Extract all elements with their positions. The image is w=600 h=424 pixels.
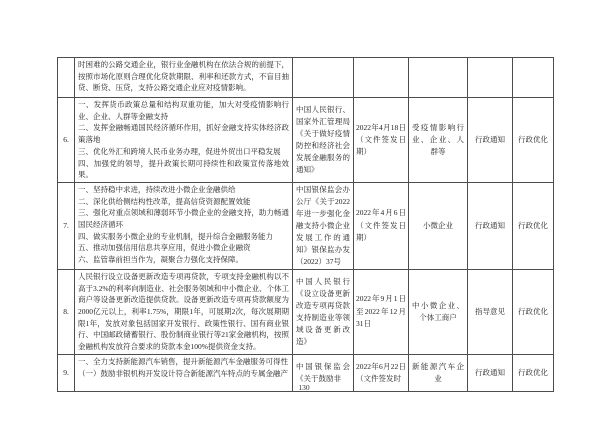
policy-table: 时困难的公路交通企业，银行业金融机构在依法合规的前提下，按照市场化原则合理优化贷… <box>57 57 554 392</box>
row-number: 8. <box>58 269 75 354</box>
table-row: 时困难的公路交通企业，银行业金融机构在依法合规的前提下，按照市场化原则合理优化贷… <box>58 58 554 98</box>
page-number: 130 <box>0 383 600 392</box>
policy-paragraph: 人民银行设立设备更新改造专项再贷款，专项支持金融机构以不高于3.2%的利率向制造… <box>78 271 289 353</box>
target-group: 小微企业 <box>409 182 468 269</box>
date: 2022年9月1日至2022年12月31日 <box>354 269 409 354</box>
policy-paragraph: 二、发挥金融畅通国民经济循环作用，抓好金融支持实体经济政策落地 <box>78 122 289 145</box>
target-group <box>409 58 468 98</box>
target-group: 受疫情影响行业、企业、人群等 <box>409 98 468 183</box>
issuing-document: 中国银保监会办公厅《关于2022年进一步强化金融支持小微企业发展工作的通知》银保… <box>293 182 354 269</box>
policy-paragraph: 三、强化对重点领域和薄弱环节小微企业的金融支持，助力畅通国民经济循环 <box>78 207 289 230</box>
category: 行政优化 <box>513 269 554 354</box>
policy-paragraph: 五、推动加强信用信息共享应用，促进小微企业融资 <box>78 242 289 254</box>
policy-paragraph: 二、深化供给侧结构性改革，提高信贷资源配置效能 <box>78 196 289 208</box>
date: 2022年4月18日（文件签发日期） <box>354 98 409 183</box>
category: 行政优化 <box>513 182 554 269</box>
issuing-document: 中国人民银行《设立设备更新改造专项再贷款支持制造业等领域设备更新改造》 <box>293 269 354 354</box>
policy-paragraph: 四、加强党的领导，提升政策长期可持续性和政策宣传落地效果。 <box>78 158 289 181</box>
row-number: 6. <box>58 98 75 183</box>
policy-content: 人民银行设立设备更新改造专项再贷款，专项支持金融机构以不高于3.2%的利率向制造… <box>75 269 293 354</box>
policy-paragraph: 时困难的公路交通企业，银行业金融机构在依法合规的前提下，按照市场化原则合理优化贷… <box>78 59 289 94</box>
policy-content: 一、发挥货币政策总量和结构双重功能，加大对受疫情影响行业、企业、人群等金融支持 … <box>75 98 293 183</box>
doc-type: 指导意见 <box>468 269 513 354</box>
policy-paragraph: 四、做实服务小微企业的专业机制，提升综合金融服务能力 <box>78 231 289 243</box>
doc-type: 行政通知 <box>468 98 513 183</box>
table-row: 6. 一、发挥货币政策总量和结构双重功能，加大对受疫情影响行业、企业、人群等金融… <box>58 98 554 183</box>
doc-type <box>468 58 513 98</box>
policy-paragraph: 一、坚持稳中求进，持续改进小微企业金融供给 <box>78 184 289 196</box>
issuing-document <box>293 58 354 98</box>
date <box>354 58 409 98</box>
policy-paragraph: （一）鼓励非银机构开发设计符合新能源汽车特点的专属金融产 <box>78 368 289 380</box>
policy-paragraph: 六、监管靠前担当作为，凝聚合力强化支持保障。 <box>78 254 289 266</box>
category: 行政优化 <box>513 98 554 183</box>
policy-paragraph: 三、优化外汇和跨境人民币业务办理，促进外贸出口平稳发展 <box>78 146 289 158</box>
policy-content: 一、坚持稳中求进，持续改进小微企业金融供给 二、深化供给侧结构性改革，提高信贷资… <box>75 182 293 269</box>
doc-type: 行政通知 <box>468 182 513 269</box>
table-row: 8. 人民银行设立设备更新改造专项再贷款，专项支持金融机构以不高于3.2%的利率… <box>58 269 554 354</box>
issuing-document: 中国人民银行、国家外汇管理局《关于做好疫情防控和经济社会发展金融服务的通知》 <box>293 98 354 183</box>
policy-content: 时困难的公路交通企业，银行业金融机构在依法合规的前提下，按照市场化原则合理优化贷… <box>75 58 293 98</box>
document-page: 时困难的公路交通企业，银行业金融机构在依法合规的前提下，按照市场化原则合理优化贷… <box>0 0 600 424</box>
policy-paragraph: 一、发挥货币政策总量和结构双重功能，加大对受疫情影响行业、企业、人群等金融支持 <box>78 99 289 122</box>
table-row: 7. 一、坚持稳中求进，持续改进小微企业金融供给 二、深化供给侧结构性改革，提高… <box>58 182 554 269</box>
category <box>513 58 554 98</box>
target-group: 中小微企业、个体工商户 <box>409 269 468 354</box>
row-number <box>58 58 75 98</box>
policy-paragraph: 一、全力支持新能源汽车销售，提升新能源汽车金融服务可得性 <box>78 356 289 368</box>
date: 2022年4月6日（文件签发日期） <box>354 182 409 269</box>
row-number: 7. <box>58 182 75 269</box>
